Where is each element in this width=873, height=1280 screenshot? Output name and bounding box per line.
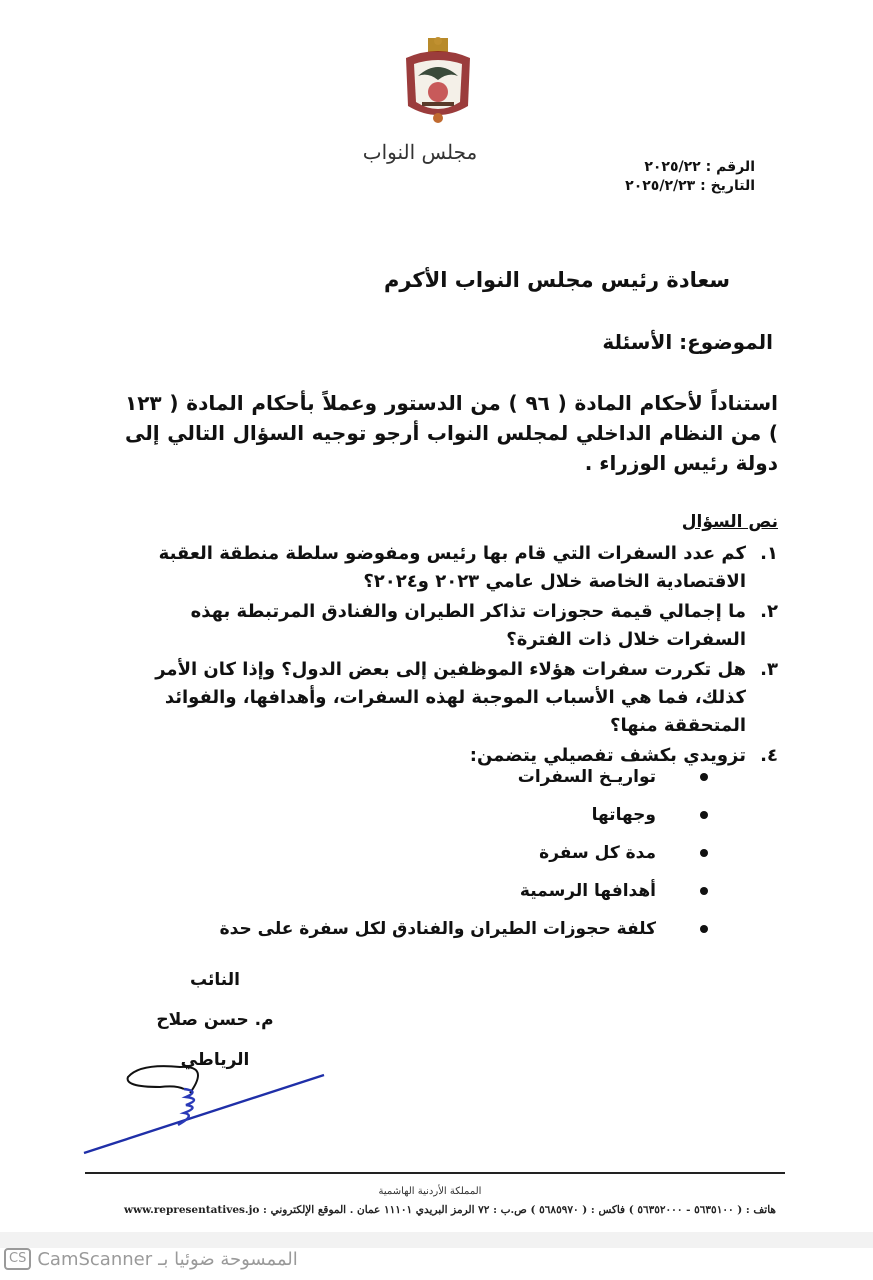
detail-text: وجهاتها [592, 805, 656, 825]
detail-text: كلفة حجوزات الطيران والفنادق لكل سفرة عل… [220, 919, 656, 939]
question-number: ٢. [746, 598, 778, 654]
date-label: التاريخ : [700, 178, 755, 194]
detail-item: أهدافها الرسمية [220, 872, 708, 910]
intro-paragraph: استناداً لأحكام المادة ( ٩٦ ) من الدستور… [125, 388, 778, 478]
detail-text: تواريـخ السفرات [518, 767, 656, 787]
scan-edge [0, 1232, 873, 1248]
detail-item: كلفة حجوزات الطيران والفنادق لكل سفرة عل… [220, 910, 708, 948]
footer-contact: هاتف : ( ٥٦٣٥١٠٠ - ٥٦٣٥٢٠٠٠ ) فاكس : ( ٥… [100, 1204, 800, 1216]
document-date: التاريخ : ٢٠٢٥/٢/٢٣ [625, 177, 755, 196]
coat-of-arms-icon [398, 36, 478, 136]
reference-number: الرقم : ٢٠٢٥/٢٢ [625, 158, 755, 177]
camscanner-arabic-text: الممسوحة ضوئيا بـ [158, 1249, 298, 1270]
question-number: ٣. [746, 656, 778, 740]
subject-line: الموضوع: الأسئلة [602, 330, 773, 354]
bullet-icon [700, 849, 708, 857]
bullet-icon [700, 773, 708, 781]
reference-label: الرقم : [706, 159, 755, 175]
reference-block: الرقم : ٢٠٢٥/٢٢ التاريخ : ٢٠٢٥/٢/٢٣ [625, 158, 755, 196]
question-number: ٤. [746, 742, 778, 770]
camscanner-watermark: CS CamScanner الممسوحة ضوئيا بـ [4, 1248, 298, 1270]
questions-list: ١. كم عدد السفرات التي قام بها رئيس ومفو… [110, 540, 778, 772]
question-item: ٣. هل تكررت سفرات هؤلاء الموظفين إلى بعض… [110, 656, 778, 740]
reference-value: ٢٠٢٥/٢٢ [644, 159, 700, 175]
footer-divider [85, 1172, 785, 1174]
detail-text: مدة كل سفرة [539, 843, 656, 863]
signer-title: النائب [120, 960, 310, 1000]
bullet-icon [700, 887, 708, 895]
details-list: تواريـخ السفرات وجهاتها مدة كل سفرة أهدا… [220, 758, 708, 948]
questions-title: نص السؤال [682, 512, 778, 532]
bullet-icon [700, 925, 708, 933]
question-text: ما إجمالي قيمة حجوزات تذاكر الطيران والف… [110, 598, 746, 654]
kingdom-name: المملكة الأردنية الهاشمية [370, 1186, 490, 1197]
question-text: كم عدد السفرات التي قام بها رئيس ومفوضو … [110, 540, 746, 596]
camscanner-logo-icon: CS [4, 1248, 31, 1270]
council-logo-text: مجلس النواب [360, 140, 480, 164]
question-item: ٢. ما إجمالي قيمة حجوزات تذاكر الطيران و… [110, 598, 778, 654]
camscanner-text: CamScanner [37, 1249, 152, 1270]
question-number: ١. [746, 540, 778, 596]
detail-text: أهدافها الرسمية [520, 881, 656, 901]
detail-item: تواريـخ السفرات [220, 758, 708, 796]
question-text: هل تكررت سفرات هؤلاء الموظفين إلى بعض ال… [110, 656, 746, 740]
question-item: ١. كم عدد السفرات التي قام بها رئيس ومفو… [110, 540, 778, 596]
date-value: ٢٠٢٥/٢/٢٣ [625, 178, 695, 194]
handwritten-signature-icon [80, 1055, 330, 1155]
addressee: سعادة رئيس مجلس النواب الأكرم [290, 268, 730, 292]
detail-item: مدة كل سفرة [220, 834, 708, 872]
bullet-icon [700, 811, 708, 819]
detail-item: وجهاتها [220, 796, 708, 834]
